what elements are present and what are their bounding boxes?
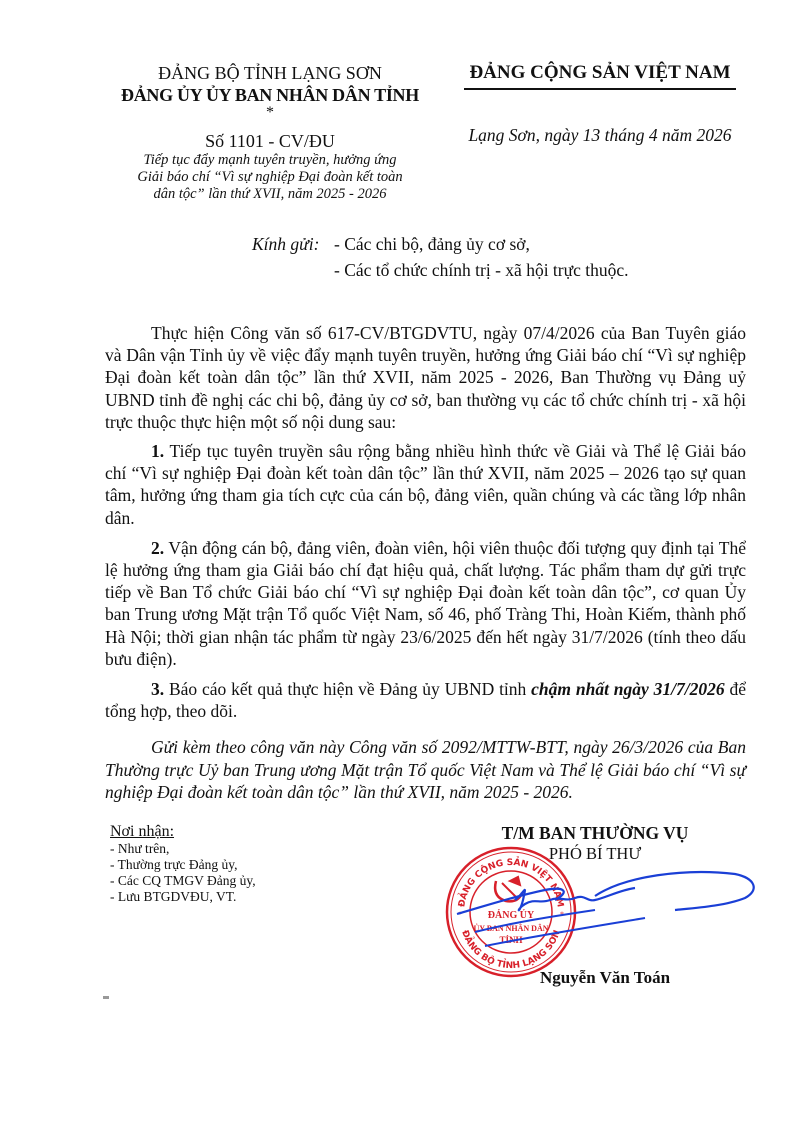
recipient-item: - Lưu BTGDVĐU, VT. xyxy=(110,889,340,905)
handwritten-signature-icon xyxy=(455,870,760,950)
addressees: Kính gửi:- Các chi bộ, đảng ủy cơ sở, - … xyxy=(252,231,629,283)
item-3: 3. Báo cáo kết quả thực hiện về Đảng ủy … xyxy=(105,678,746,722)
page-mark xyxy=(103,996,109,999)
item-1: 1. Tiếp tục tuyên truyền sâu rộng bằng n… xyxy=(105,440,746,529)
party-name: ĐẢNG CỘNG SẢN VIỆT NAM xyxy=(440,62,760,88)
document-body: Thực hiện Công văn số 617-CV/BTGDVTU, ng… xyxy=(105,322,746,811)
item-number: 2. xyxy=(151,538,164,558)
subject-line: Giải báo chí “Vì sự nghiệp Đại đoàn kết … xyxy=(100,169,440,186)
item-number: 1. xyxy=(151,441,164,461)
item-text: Tiếp tục tuyên truyền sâu rộng bằng nhiề… xyxy=(105,441,746,528)
national-header: ĐẢNG CỘNG SẢN VIỆT NAM Lạng Sơn, ngày 13… xyxy=(440,62,760,146)
item-text: Báo cáo kết quả thực hiện về Đảng ủy UBN… xyxy=(164,679,531,699)
document-number: Số 1101 - CV/ĐU xyxy=(100,130,440,152)
item-text: Vận động cán bộ, đảng viên, đoàn viên, h… xyxy=(105,538,746,669)
item-number: 3. xyxy=(151,679,164,699)
recipients-list: Nơi nhận: - Như trên, - Thường trực Đảng… xyxy=(110,822,340,905)
place-date: Lạng Sơn, ngày 13 tháng 4 năm 2026 xyxy=(440,124,760,146)
attachment-note: Gửi kèm theo công văn này Công văn số 20… xyxy=(105,736,746,803)
item-2: 2. Vận động cán bộ, đảng viên, đoàn viên… xyxy=(105,537,746,670)
addressee-item: - Các tổ chức chính trị - xã hội trực th… xyxy=(334,260,629,280)
on-behalf-of: T/M BAN THƯỜNG VỤ xyxy=(440,822,750,844)
recipient-item: - Như trên, xyxy=(110,841,340,857)
parent-organization: ĐẢNG BỘ TỈNH LẠNG SƠN xyxy=(100,62,440,84)
intro-paragraph: Thực hiện Công văn số 617-CV/BTGDVTU, ng… xyxy=(105,322,746,433)
recipients-title: Nơi nhận: xyxy=(110,822,340,841)
separator-star: * xyxy=(100,106,440,120)
recipient-item: - Thường trực Đảng ủy, xyxy=(110,857,340,873)
issuer-header: ĐẢNG BỘ TỈNH LẠNG SƠN ĐẢNG ỦY ỦY BAN NHÂ… xyxy=(100,62,440,203)
recipient-item: - Các CQ TMGV Đảng ủy, xyxy=(110,873,340,889)
party-underline xyxy=(464,88,736,90)
addressee-label: Kính gửi: xyxy=(252,231,334,257)
subject-line: Tiếp tục đẩy mạnh tuyên truyền, hưởng ứn… xyxy=(100,152,440,169)
addressee-item: - Các chi bộ, đảng ủy cơ sở, xyxy=(334,234,530,254)
issuing-organization: ĐẢNG ỦY ỦY BAN NHÂN DÂN TỈNH xyxy=(100,84,440,106)
deadline: chậm nhất ngày 31/7/2026 xyxy=(531,679,724,699)
subject-line: dân tộc” lần thứ XVII, năm 2025 - 2026 xyxy=(100,186,440,203)
document-subject: Tiếp tục đẩy mạnh tuyên truyền, hưởng ứn… xyxy=(100,152,440,203)
